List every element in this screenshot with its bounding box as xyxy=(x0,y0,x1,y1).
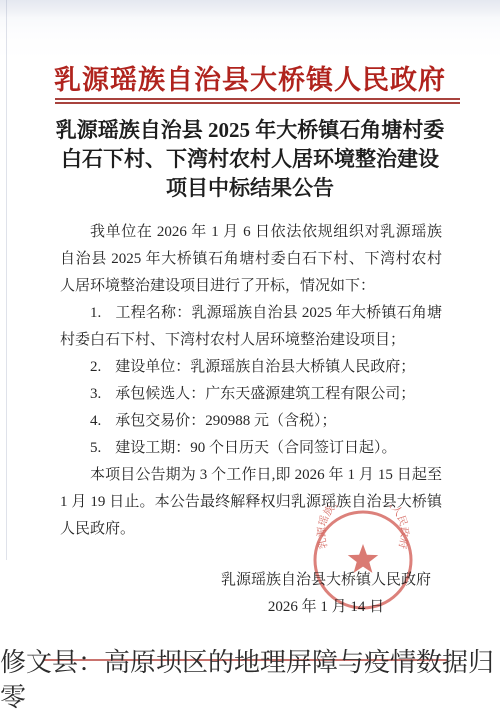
list-item-2-text: 建设单位：乳源瑶族自治县大桥镇人民政府； xyxy=(115,359,415,375)
letterhead-org-name: 乳源瑶族自治县大桥镇人民政府 xyxy=(0,58,500,97)
document-title-line-1: 乳源瑶族自治县 2025 年大桥镇石角塘村委 xyxy=(0,116,500,145)
document-title-line-3: 项目中标结果公告 xyxy=(0,174,500,203)
caption-text: 修文县：高原坝区的地理屏障与疫情数据归零 xyxy=(0,645,500,715)
list-item-5-text: 建设工期：90 个日历天（合同签订日起）。 xyxy=(115,440,396,456)
list-item-5-number: 5. xyxy=(90,440,101,456)
list-item-4-number: 4. xyxy=(90,413,101,429)
list-item-3: 3.承包候选人：广东天盛源建筑工程有限公司； xyxy=(60,381,442,408)
list-item-1-text: 工程名称：乳源瑶族自治县 2025 年大桥镇石角塘村委白石下村、下湾村农村人居环… xyxy=(60,305,442,348)
list-item-1-number: 1. xyxy=(90,305,101,321)
intro-paragraph: 我单位在 2026 年 1 月 6 日依法依规组织对乳源瑶族自治县 2025 年… xyxy=(60,219,442,300)
document-title: 乳源瑶族自治县 2025 年大桥镇石角塘村委 白石下村、下湾村农村人居环境整治建… xyxy=(0,116,500,203)
list-item-3-text: 承包候选人：广东天盛源建筑工程有限公司； xyxy=(115,386,415,402)
letterhead-rule xyxy=(55,98,460,104)
list-item-1: 1.工程名称：乳源瑶族自治县 2025 年大桥镇石角塘村委白石下村、下湾村农村人… xyxy=(60,300,442,354)
document-title-line-2: 白石下村、下湾村农村人居环境整治建设 xyxy=(0,145,500,174)
list-item-2-number: 2. xyxy=(90,359,101,375)
official-seal-stamp: 乳源瑶族自治县大桥镇人民政府 xyxy=(308,505,418,615)
document-scan: 乳源瑶族自治县大桥镇人民政府 乳源瑶族自治县 2025 年大桥镇石角塘村委 白石… xyxy=(0,0,500,648)
list-item-4: 4.承包交易价：290988 元（含税）； xyxy=(60,408,442,435)
list-item-3-number: 3. xyxy=(90,386,101,402)
list-item-2: 2.建设单位：乳源瑶族自治县大桥镇人民政府； xyxy=(60,354,442,381)
list-item-5: 5.建设工期：90 个日历天（合同签订日起）。 xyxy=(60,435,442,462)
page-root: 乳源瑶族自治县大桥镇人民政府 乳源瑶族自治县 2025 年大桥镇石角塘村委 白石… xyxy=(0,0,500,715)
star-icon xyxy=(348,544,378,573)
list-item-4-text: 承包交易价：290988 元（含税）； xyxy=(115,413,336,429)
